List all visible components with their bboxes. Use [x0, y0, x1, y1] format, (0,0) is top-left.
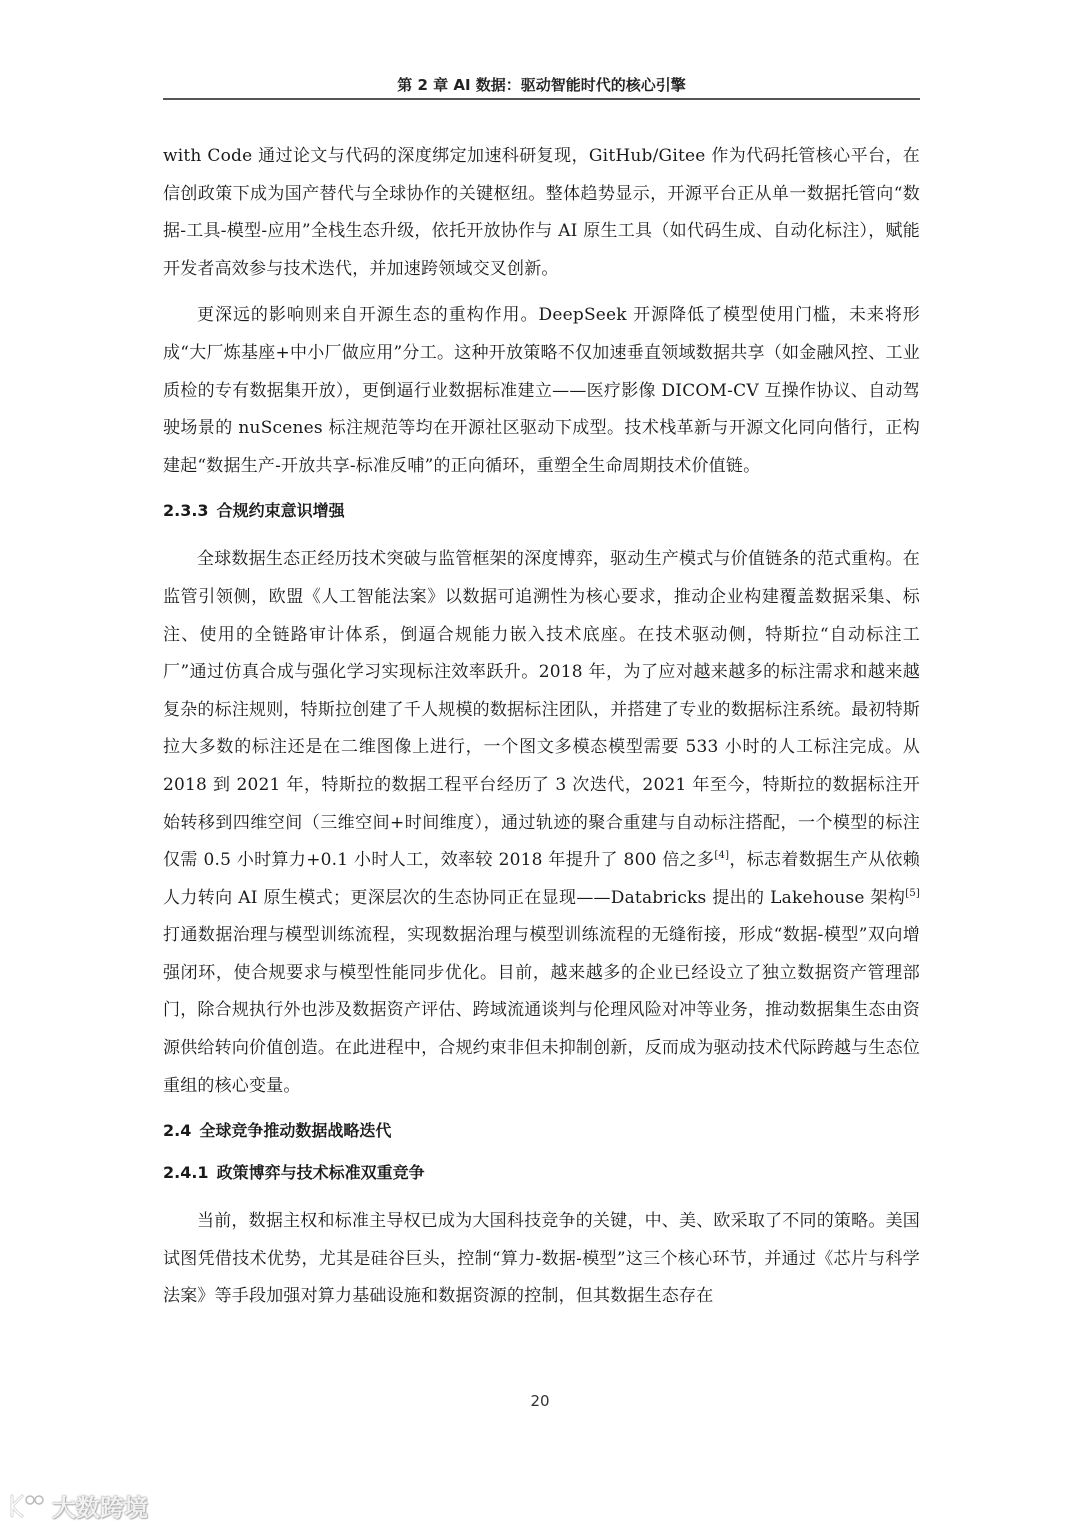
paragraph-text: 全球数据生态正经历技术突破与监管框架的深度博弈，驱动生产模式与价值链条的范式重构… [163, 549, 920, 870]
section-heading-2-4-1: 2.4.1政策博弈与技术标准双重竞争 [163, 1161, 920, 1185]
citation-ref-5[interactable]: [5] [905, 888, 920, 899]
watermark: 大数跨境 [8, 1488, 148, 1523]
header-divider [163, 98, 920, 100]
section-title: 合规约束意识增强 [217, 501, 345, 520]
section-number: 2.4.1 [163, 1163, 209, 1182]
section-number: 2.3.3 [163, 501, 209, 520]
watermark-text: 大数跨境 [52, 1488, 148, 1523]
k-infinity-logo-icon [8, 1492, 46, 1520]
paragraph-text: 打通数据治理与模型训练流程，实现数据治理与模型训练流程的无缝衔接，形成“数据-模… [163, 925, 920, 1095]
section-heading-2-3-3: 2.3.3合规约束意识增强 [163, 499, 920, 523]
section-heading-2-4: 2.4全球竞争推动数据战略迭代 [163, 1119, 920, 1143]
paragraph-continued: with Code 通过论文与代码的深度绑定加速科研复现，GitHub/Gite… [163, 138, 920, 288]
paragraph-open-source-ecosystem: 更深远的影响则来自开源生态的重构作用。DeepSeek 开源降低了模型使用门槛，… [163, 297, 920, 485]
section-title: 全球竞争推动数据战略迭代 [199, 1121, 391, 1140]
page-body: with Code 通过论文与代码的深度绑定加速科研复现，GitHub/Gite… [163, 138, 920, 1316]
section-title: 政策博弈与技术标准双重竞争 [217, 1163, 425, 1182]
paragraph-policy-competition: 当前，数据主权和标准主导权已成为大国科技竞争的关键，中、美、欧采取了不同的策略。… [163, 1203, 920, 1316]
running-header: 第 2 章 AI 数据：驱动智能时代的核心引擎 [163, 74, 920, 95]
section-number: 2.4 [163, 1121, 191, 1140]
citation-ref-4[interactable]: [4] [714, 850, 729, 861]
paragraph-compliance: 全球数据生态正经历技术突破与监管框架的深度博弈，驱动生产模式与价值链条的范式重构… [163, 541, 920, 1105]
page-number: 20 [0, 1392, 1080, 1410]
